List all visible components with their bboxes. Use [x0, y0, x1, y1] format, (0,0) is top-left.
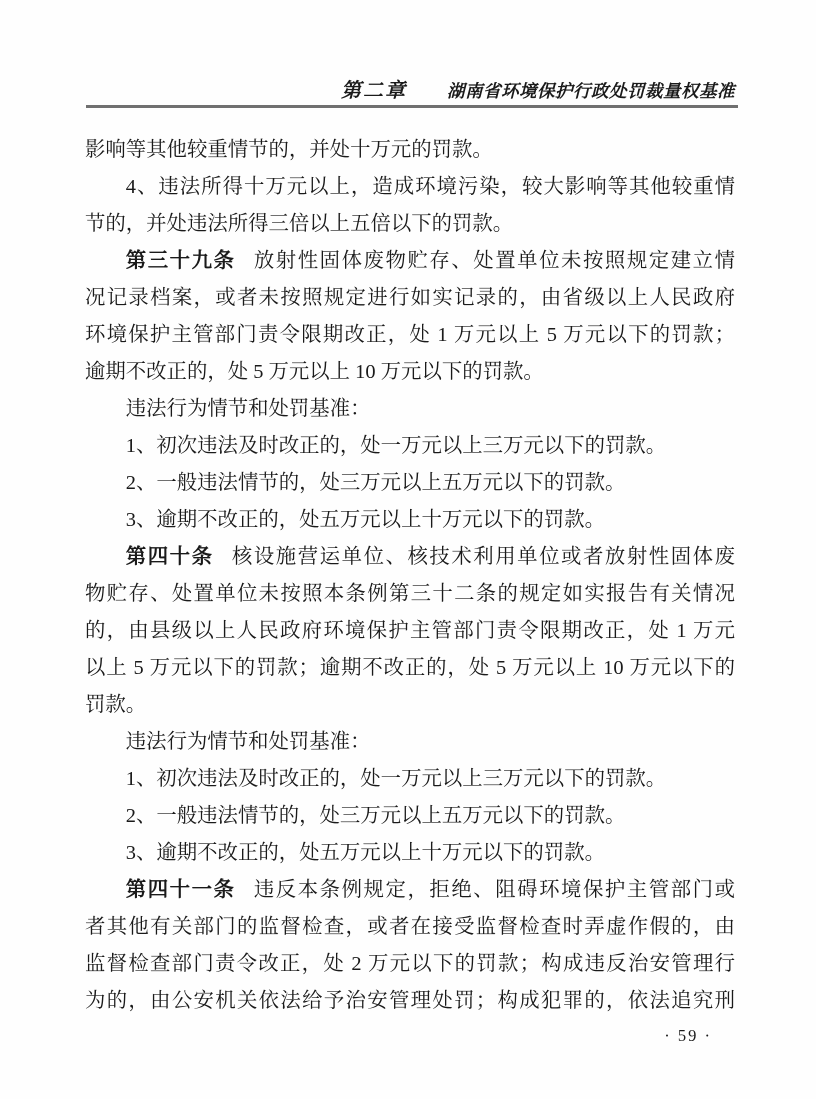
line-text: 2、一般违法情节的，处三万元以上五万元以下的罚款。: [126, 472, 626, 494]
article-number-40: 第四十条: [126, 546, 214, 568]
text-line-continuation: 以上 5 万元以下的罚款；逾期不改正的，处 5 万元以上 10 万元以下的: [85, 650, 735, 687]
article-number-39: 第三十九条: [126, 250, 236, 272]
text-line-continuation: 逾期不改正的，处 5 万元以上 10 万元以下的罚款。: [85, 354, 735, 391]
text-line-item-4: 4、违法所得十万元以上，造成环境污染，较大影响等其他较重情: [85, 169, 735, 206]
line-text: 1、初次违法及时改正的，处一万元以上三万元以下的罚款。: [126, 435, 666, 457]
text-line-continuation: 影响等其他较重情节的，并处十万元的罚款。: [85, 132, 735, 169]
header-rule-divider: [86, 105, 738, 108]
line-text: 者其他有关部门的监督检查，或者在接受监督检查时弄虚作假的，由: [85, 916, 735, 938]
line-text: 1、初次违法及时改正的，处一万元以上三万元以下的罚款。: [126, 768, 666, 790]
text-line-item-1: 1、初次违法及时改正的，处一万元以上三万元以下的罚款。: [85, 761, 735, 798]
page-number: · 59 ·: [664, 1026, 712, 1045]
text-line-item-3: 3、逾期不改正的，处五万元以上十万元以下的罚款。: [85, 835, 735, 872]
line-text: 的，由县级以上人民政府环境保护主管部门责令限期改正，处 1 万元: [85, 620, 735, 642]
line-text: 3、逾期不改正的，处五万元以上十万元以下的罚款。: [126, 509, 605, 531]
text-line-continuation: 况记录档案，或者未按照规定进行如实记录的，由省级以上人民政府: [85, 280, 735, 317]
text-line-continuation: 者其他有关部门的监督检查，或者在接受监督检查时弄虚作假的，由: [85, 909, 735, 946]
line-text: 影响等其他较重情节的，并处十万元的罚款。: [85, 139, 493, 161]
page-footer: · 59 ·: [664, 1026, 712, 1046]
article-number-41: 第四十一条: [126, 879, 236, 901]
line-text: 逾期不改正的，处 5 万元以上 10 万元以下的罚款。: [85, 361, 544, 383]
text-line-continuation: 环境保护主管部门责令限期改正，处 1 万元以上 5 万元以下的罚款；: [85, 317, 735, 354]
text-line-continuation: 物贮存、处置单位未按照本条例第三十二条的规定如实报告有关情况: [85, 576, 735, 613]
document-body: 影响等其他较重情节的，并处十万元的罚款。 4、违法所得十万元以上，造成环境污染，…: [85, 132, 735, 1020]
text-line-basis-heading: 违法行为情节和处罚基准：: [85, 724, 735, 761]
text-line-item-1: 1、初次违法及时改正的，处一万元以上三万元以下的罚款。: [85, 428, 735, 465]
line-text: 罚款。: [85, 694, 146, 716]
line-text: 放射性固体废物贮存、处置单位未按照规定建立情: [254, 250, 735, 272]
text-line-continuation: 节的，并处违法所得三倍以上五倍以下的罚款。: [85, 206, 735, 243]
header-title: 湖南省环境保护行政处罚裁量权基准: [447, 78, 735, 103]
text-line-item-3: 3、逾期不改正的，处五万元以上十万元以下的罚款。: [85, 502, 735, 539]
text-line-continuation: 罚款。: [85, 687, 735, 724]
line-text: 3、逾期不改正的，处五万元以上十万元以下的罚款。: [126, 842, 605, 864]
line-text: 况记录档案，或者未按照规定进行如实记录的，由省级以上人民政府: [85, 287, 735, 309]
line-text: 违法行为情节和处罚基准：: [126, 398, 371, 420]
line-text: 物贮存、处置单位未按照本条例第三十二条的规定如实报告有关情况: [85, 583, 735, 605]
text-line-article-40: 第四十条核设施营运单位、核技术利用单位或者放射性固体废: [85, 539, 735, 576]
text-line-item-2: 2、一般违法情节的，处三万元以上五万元以下的罚款。: [85, 465, 735, 502]
text-line-continuation: 的，由县级以上人民政府环境保护主管部门责令限期改正，处 1 万元: [85, 613, 735, 650]
line-text: 为的，由公安机关依法给予治安管理处罚；构成犯罪的，依法追究刑: [85, 990, 735, 1012]
line-text: 核设施营运单位、核技术利用单位或者放射性固体废: [232, 546, 735, 568]
text-line-article-41: 第四十一条违反本条例规定，拒绝、阻碍环境保护主管部门或: [85, 872, 735, 909]
header-chapter-label: 第二章: [341, 74, 407, 103]
document-page: 第二章 湖南省环境保护行政处罚裁量权基准 影响等其他较重情节的，并处十万元的罚款…: [0, 0, 816, 1099]
page-header: 第二章 湖南省环境保护行政处罚裁量权基准: [86, 74, 735, 103]
text-line-basis-heading: 违法行为情节和处罚基准：: [85, 391, 735, 428]
line-text: 环境保护主管部门责令限期改正，处 1 万元以上 5 万元以下的罚款；: [85, 324, 735, 346]
line-text: 节的，并处违法所得三倍以上五倍以下的罚款。: [85, 213, 513, 235]
text-line-article-39: 第三十九条放射性固体废物贮存、处置单位未按照规定建立情: [85, 243, 735, 280]
line-text: 违法行为情节和处罚基准：: [126, 731, 371, 753]
line-text: 以上 5 万元以下的罚款；逾期不改正的，处 5 万元以上 10 万元以下的: [85, 657, 735, 679]
text-line-item-2: 2、一般违法情节的，处三万元以上五万元以下的罚款。: [85, 798, 735, 835]
text-line-continuation: 为的，由公安机关依法给予治安管理处罚；构成犯罪的，依法追究刑: [85, 983, 735, 1020]
line-text: 4、违法所得十万元以上，造成环境污染，较大影响等其他较重情: [126, 176, 735, 198]
text-line-continuation: 监督检查部门责令改正，处 2 万元以下的罚款；构成违反治安管理行: [85, 946, 735, 983]
line-text: 2、一般违法情节的，处三万元以上五万元以下的罚款。: [126, 805, 626, 827]
line-text: 违反本条例规定，拒绝、阻碍环境保护主管部门或: [254, 879, 735, 901]
line-text: 监督检查部门责令改正，处 2 万元以下的罚款；构成违反治安管理行: [85, 953, 735, 975]
